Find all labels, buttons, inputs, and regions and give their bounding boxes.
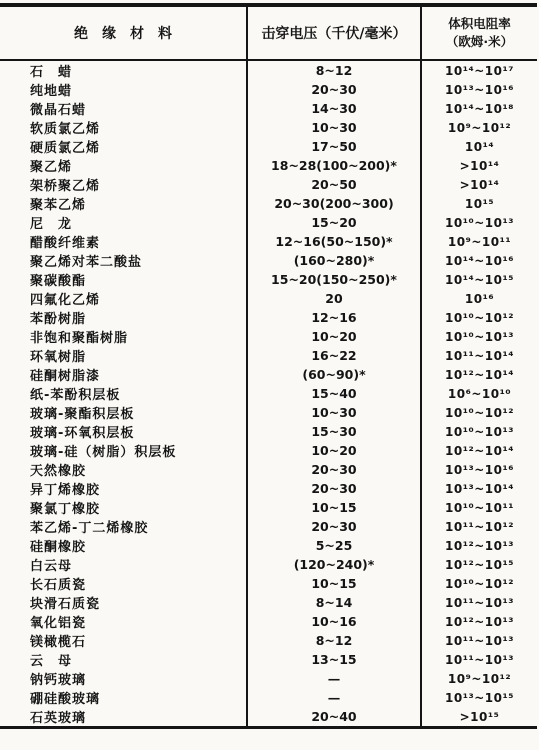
cell-voltage: 20~30 bbox=[247, 460, 421, 479]
scanned-table-page: 绝 缘 材 料 击穿电压（千伏/毫米） 体积电阻率 （欧姆·米） 石 蜡8~12… bbox=[0, 0, 539, 750]
cell-voltage: 5~25 bbox=[247, 536, 421, 555]
cell-resistivity: 10¹⁴~10¹⁷ bbox=[421, 60, 537, 80]
cell-resistivity: 10¹²~10¹³ bbox=[421, 536, 537, 555]
cell-resistivity: 10¹⁴~10¹⁵ bbox=[421, 270, 537, 289]
cell-material: 石 蜡 bbox=[0, 60, 247, 80]
cell-material: 镁橄榄石 bbox=[0, 631, 247, 650]
table-row: 硬质氯乙烯17~5010¹⁴ bbox=[0, 137, 537, 156]
cell-voltage: 20~30 bbox=[247, 80, 421, 99]
cell-voltage: 13~15 bbox=[247, 650, 421, 669]
table-row: 玻璃-聚酯积层板10~3010¹⁰~10¹² bbox=[0, 403, 537, 422]
cell-resistivity: 10¹¹~10¹² bbox=[421, 517, 537, 536]
cell-material: 天然橡胶 bbox=[0, 460, 247, 479]
cell-voltage: 10~20 bbox=[247, 327, 421, 346]
table-row: 微晶石蜡14~3010¹⁴~10¹⁸ bbox=[0, 99, 537, 118]
table-row: 苯乙烯-丁二烯橡胶20~3010¹¹~10¹² bbox=[0, 517, 537, 536]
cell-resistivity: 10¹⁰~10¹¹ bbox=[421, 498, 537, 517]
table-row: 非饱和聚酯树脂10~2010¹⁰~10¹³ bbox=[0, 327, 537, 346]
cell-resistivity: 10¹⁰~10¹² bbox=[421, 308, 537, 327]
table-row: 醋酸纤维素12~16(50~150)*10⁹~10¹¹ bbox=[0, 232, 537, 251]
cell-resistivity: 10¹⁶ bbox=[421, 289, 537, 308]
cell-material: 长石质瓷 bbox=[0, 574, 247, 593]
cell-resistivity: 10¹¹~10¹⁴ bbox=[421, 346, 537, 365]
cell-voltage: 15~40 bbox=[247, 384, 421, 403]
cell-resistivity: 10¹³~10¹⁶ bbox=[421, 80, 537, 99]
cell-resistivity: 10⁹~10¹² bbox=[421, 118, 537, 137]
cell-resistivity: 10¹⁵ bbox=[421, 194, 537, 213]
table-row: 天然橡胶20~3010¹³~10¹⁶ bbox=[0, 460, 537, 479]
cell-voltage: 10~20 bbox=[247, 441, 421, 460]
cell-voltage: 10~30 bbox=[247, 403, 421, 422]
cell-material: 硅酮树脂漆 bbox=[0, 365, 247, 384]
cell-material: 聚苯乙烯 bbox=[0, 194, 247, 213]
table-row: 钠钙玻璃—10⁹~10¹² bbox=[0, 669, 537, 688]
cell-material: 玻璃-聚酯积层板 bbox=[0, 403, 247, 422]
table-row: 软质氯乙烯10~3010⁹~10¹² bbox=[0, 118, 537, 137]
cell-resistivity: >10¹⁵ bbox=[421, 707, 537, 728]
table-row: 玻璃-硅（树脂）积层板10~2010¹²~10¹⁴ bbox=[0, 441, 537, 460]
cell-resistivity: 10¹²~10¹⁴ bbox=[421, 441, 537, 460]
table-row: 环氧树脂16~2210¹¹~10¹⁴ bbox=[0, 346, 537, 365]
cell-voltage: 15~20 bbox=[247, 213, 421, 232]
cell-voltage: 18~28(100~200)* bbox=[247, 156, 421, 175]
table-row: 石 蜡8~1210¹⁴~10¹⁷ bbox=[0, 60, 537, 80]
cell-material: 聚氯丁橡胶 bbox=[0, 498, 247, 517]
cell-voltage: 12~16(50~150)* bbox=[247, 232, 421, 251]
cell-voltage: 8~12 bbox=[247, 60, 421, 80]
table-row: 尼 龙15~2010¹⁰~10¹³ bbox=[0, 213, 537, 232]
table-row: 硅酮橡胶5~2510¹²~10¹³ bbox=[0, 536, 537, 555]
header-resistivity-line1: 体积电阻率 bbox=[422, 15, 537, 33]
table-row: 聚氯丁橡胶10~1510¹⁰~10¹¹ bbox=[0, 498, 537, 517]
header-resistivity: 体积电阻率 （欧姆·米） bbox=[421, 5, 537, 60]
cell-resistivity: 10¹¹~10¹³ bbox=[421, 650, 537, 669]
cell-resistivity: 10¹²~10¹⁴ bbox=[421, 365, 537, 384]
cell-material: 云 母 bbox=[0, 650, 247, 669]
cell-voltage: 12~16 bbox=[247, 308, 421, 327]
table-row: 块滑石质瓷8~1410¹¹~10¹³ bbox=[0, 593, 537, 612]
insulation-materials-table: 绝 缘 材 料 击穿电压（千伏/毫米） 体积电阻率 （欧姆·米） 石 蜡8~12… bbox=[0, 3, 537, 729]
cell-material: 块滑石质瓷 bbox=[0, 593, 247, 612]
cell-resistivity: 10⁹~10¹¹ bbox=[421, 232, 537, 251]
cell-voltage: 20~50 bbox=[247, 175, 421, 194]
cell-voltage: 10~15 bbox=[247, 498, 421, 517]
table-header: 绝 缘 材 料 击穿电压（千伏/毫米） 体积电阻率 （欧姆·米） bbox=[0, 5, 537, 60]
table-row: 硅酮树脂漆(60~90)*10¹²~10¹⁴ bbox=[0, 365, 537, 384]
cell-material: 聚乙烯 bbox=[0, 156, 247, 175]
cell-material: 氧化铝瓷 bbox=[0, 612, 247, 631]
cell-material: 纸-苯酚积层板 bbox=[0, 384, 247, 403]
table-row: 聚乙烯18~28(100~200)*>10¹⁴ bbox=[0, 156, 537, 175]
cell-voltage: (60~90)* bbox=[247, 365, 421, 384]
cell-voltage: 15~30 bbox=[247, 422, 421, 441]
cell-voltage: — bbox=[247, 669, 421, 688]
table-row: 玻璃-环氧积层板15~3010¹⁰~10¹³ bbox=[0, 422, 537, 441]
cell-voltage: 20~30 bbox=[247, 479, 421, 498]
cell-resistivity: 10¹⁰~10¹³ bbox=[421, 327, 537, 346]
cell-material: 石英玻璃 bbox=[0, 707, 247, 728]
cell-resistivity: 10¹²~10¹⁵ bbox=[421, 555, 537, 574]
table-row: 氧化铝瓷10~1610¹²~10¹³ bbox=[0, 612, 537, 631]
cell-voltage: 15~20(150~250)* bbox=[247, 270, 421, 289]
table-row: 苯酚树脂12~1610¹⁰~10¹² bbox=[0, 308, 537, 327]
cell-voltage: (160~280)* bbox=[247, 251, 421, 270]
cell-material: 异丁烯橡胶 bbox=[0, 479, 247, 498]
cell-resistivity: 10¹²~10¹³ bbox=[421, 612, 537, 631]
cell-material: 四氟化乙烯 bbox=[0, 289, 247, 308]
cell-resistivity: 10¹⁰~10¹² bbox=[421, 403, 537, 422]
header-resistivity-line2: （欧姆·米） bbox=[422, 33, 537, 51]
cell-material: 玻璃-硅（树脂）积层板 bbox=[0, 441, 247, 460]
cell-material: 聚碳酸酯 bbox=[0, 270, 247, 289]
cell-resistivity: 10¹¹~10¹³ bbox=[421, 631, 537, 650]
table-row: 长石质瓷10~1510¹⁰~10¹² bbox=[0, 574, 537, 593]
cell-resistivity: 10¹⁴ bbox=[421, 137, 537, 156]
table-row: 聚碳酸酯15~20(150~250)*10¹⁴~10¹⁵ bbox=[0, 270, 537, 289]
table-row: 纸-苯酚积层板15~4010⁶~10¹⁰ bbox=[0, 384, 537, 403]
cell-voltage: 8~12 bbox=[247, 631, 421, 650]
cell-material: 硼硅酸玻璃 bbox=[0, 688, 247, 707]
table-row: 聚苯乙烯20~30(200~300)10¹⁵ bbox=[0, 194, 537, 213]
cell-resistivity: 10¹⁰~10¹³ bbox=[421, 213, 537, 232]
table-row: 四氟化乙烯2010¹⁶ bbox=[0, 289, 537, 308]
cell-resistivity: 10¹³~10¹⁶ bbox=[421, 460, 537, 479]
table-row: 纯地蜡20~3010¹³~10¹⁶ bbox=[0, 80, 537, 99]
cell-material: 非饱和聚酯树脂 bbox=[0, 327, 247, 346]
cell-resistivity: 10¹⁰~10¹³ bbox=[421, 422, 537, 441]
table-row: 聚乙烯对苯二酸盐(160~280)*10¹⁴~10¹⁶ bbox=[0, 251, 537, 270]
cell-material: 硬质氯乙烯 bbox=[0, 137, 247, 156]
cell-material: 硅酮橡胶 bbox=[0, 536, 247, 555]
cell-material: 醋酸纤维素 bbox=[0, 232, 247, 251]
cell-material: 苯乙烯-丁二烯橡胶 bbox=[0, 517, 247, 536]
cell-voltage: 17~50 bbox=[247, 137, 421, 156]
cell-resistivity: 10⁶~10¹⁰ bbox=[421, 384, 537, 403]
header-voltage: 击穿电压（千伏/毫米） bbox=[247, 5, 421, 60]
cell-material: 白云母 bbox=[0, 555, 247, 574]
cell-resistivity: >10¹⁴ bbox=[421, 156, 537, 175]
cell-voltage: (120~240)* bbox=[247, 555, 421, 574]
cell-resistivity: 10¹¹~10¹³ bbox=[421, 593, 537, 612]
table-row: 架桥聚乙烯20~50>10¹⁴ bbox=[0, 175, 537, 194]
cell-voltage: 14~30 bbox=[247, 99, 421, 118]
cell-resistivity: 10¹⁴~10¹⁸ bbox=[421, 99, 537, 118]
table-row: 石英玻璃20~40>10¹⁵ bbox=[0, 707, 537, 728]
cell-resistivity: 10¹⁰~10¹² bbox=[421, 574, 537, 593]
table-row: 硼硅酸玻璃—10¹³~10¹⁵ bbox=[0, 688, 537, 707]
cell-material: 尼 龙 bbox=[0, 213, 247, 232]
cell-voltage: 20 bbox=[247, 289, 421, 308]
cell-material: 微晶石蜡 bbox=[0, 99, 247, 118]
cell-material: 苯酚树脂 bbox=[0, 308, 247, 327]
cell-resistivity: 10¹⁴~10¹⁶ bbox=[421, 251, 537, 270]
table-row: 白云母(120~240)*10¹²~10¹⁵ bbox=[0, 555, 537, 574]
table-row: 异丁烯橡胶20~3010¹³~10¹⁴ bbox=[0, 479, 537, 498]
cell-voltage: 8~14 bbox=[247, 593, 421, 612]
cell-material: 玻璃-环氧积层板 bbox=[0, 422, 247, 441]
cell-material: 架桥聚乙烯 bbox=[0, 175, 247, 194]
cell-voltage: 20~40 bbox=[247, 707, 421, 728]
cell-resistivity: 10¹³~10¹⁴ bbox=[421, 479, 537, 498]
cell-material: 钠钙玻璃 bbox=[0, 669, 247, 688]
cell-material: 纯地蜡 bbox=[0, 80, 247, 99]
cell-material: 聚乙烯对苯二酸盐 bbox=[0, 251, 247, 270]
table-row: 镁橄榄石8~1210¹¹~10¹³ bbox=[0, 631, 537, 650]
header-row: 绝 缘 材 料 击穿电压（千伏/毫米） 体积电阻率 （欧姆·米） bbox=[0, 5, 537, 60]
cell-resistivity: 10⁹~10¹² bbox=[421, 669, 537, 688]
cell-voltage: 10~16 bbox=[247, 612, 421, 631]
cell-voltage: 10~30 bbox=[247, 118, 421, 137]
cell-resistivity: 10¹³~10¹⁵ bbox=[421, 688, 537, 707]
cell-material: 环氧树脂 bbox=[0, 346, 247, 365]
table-body: 石 蜡8~1210¹⁴~10¹⁷纯地蜡20~3010¹³~10¹⁶微晶石蜡14~… bbox=[0, 60, 537, 728]
cell-resistivity: >10¹⁴ bbox=[421, 175, 537, 194]
cell-voltage: 10~15 bbox=[247, 574, 421, 593]
header-material: 绝 缘 材 料 bbox=[0, 5, 247, 60]
cell-material: 软质氯乙烯 bbox=[0, 118, 247, 137]
cell-voltage: 20~30 bbox=[247, 517, 421, 536]
cell-voltage: 20~30(200~300) bbox=[247, 194, 421, 213]
table-row: 云 母13~1510¹¹~10¹³ bbox=[0, 650, 537, 669]
cell-voltage: 16~22 bbox=[247, 346, 421, 365]
cell-voltage: — bbox=[247, 688, 421, 707]
